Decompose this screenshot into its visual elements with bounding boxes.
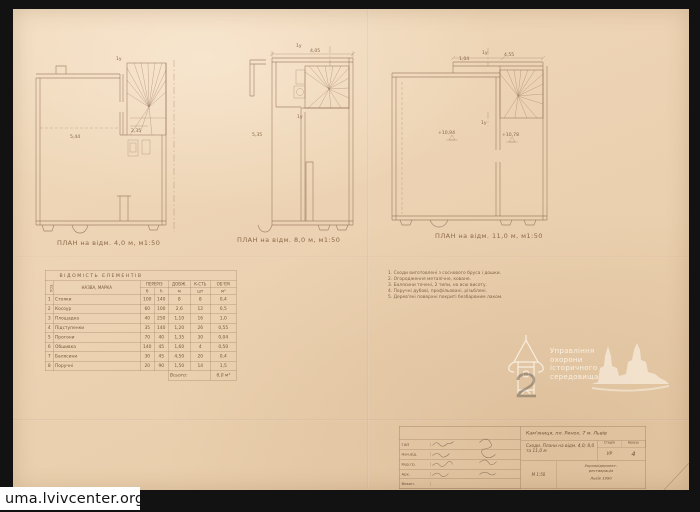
org-line: реставрація	[557, 468, 646, 473]
cell-vol: 0,4	[210, 295, 236, 305]
subcol-h: h	[154, 288, 168, 295]
cell-b: 140	[140, 342, 154, 352]
cell-vol: 1,0	[210, 314, 236, 324]
col-header-qty: К-СТЬ	[190, 281, 210, 288]
table-row: 2 Косоур 60 100 2,6 12 0,5	[45, 304, 236, 314]
cell-pos: 1	[45, 295, 53, 305]
role-row: Кер.гр.	[400, 460, 521, 470]
subcol-b: б	[140, 288, 154, 295]
cell-vol: 0,04	[210, 333, 236, 343]
cell-name: Балясини	[53, 352, 140, 362]
plan1-caption: ПЛАН на відм. 4,0 м, м1:50	[57, 239, 160, 247]
title-block-info-area: Кам'яниця, пл. Ринок, 7 м. Львів Сходи. …	[521, 427, 646, 489]
table-row: 8 Поручні 20 90 1,50 14 1,5	[45, 361, 236, 371]
subcol-sht: шт	[190, 288, 210, 295]
cell-len: 1,60	[168, 342, 190, 352]
notes-list: 1. Сходи виготовлені з соснового бруса і…	[388, 270, 578, 300]
cell-vol: 0,55	[210, 323, 236, 333]
object-name-line: Кам'яниця, пл. Ринок, 7 м. Львів	[521, 427, 646, 441]
note-line: 5. Дерев'яні поверхні покриті безбарвним…	[388, 294, 578, 300]
cell-pos: 5	[45, 333, 53, 343]
title-block: ГАП Нач.від. Кер.гр.	[399, 426, 645, 488]
total-value: 6,0 м³	[210, 371, 236, 381]
role-label: Кер.гр.	[400, 462, 432, 467]
schedule-table: ВІДОМІСТЬ ЕЛЕМЕНТІВ ПОЗ. НАЗВА, МАРКА ПЕ…	[45, 270, 237, 381]
cell-qty: 12	[190, 304, 210, 314]
cell-h: 45	[154, 342, 168, 352]
plan2-caption: ПЛАН на відм. 8,0 м, м1:50	[237, 236, 340, 244]
subcol-m3: м³	[210, 288, 236, 295]
scanned-archive-page: 1у 5,44 2,35 1у 4,05 1у 5,35 1у 1,04 4,5…	[0, 0, 700, 512]
sheet-label: Аркуш	[622, 441, 646, 448]
cell-b: 30	[140, 352, 154, 362]
cell-h: 45	[154, 352, 168, 362]
stamp-line: історичного	[550, 364, 599, 373]
role-label: Арх.	[400, 472, 432, 477]
stamp-line: середовища	[550, 373, 599, 382]
archive-watermark-text: uma.lvivcenter.org	[0, 491, 144, 507]
cell-name: Стояки	[53, 295, 140, 305]
cell-vol: 0,4	[210, 352, 236, 362]
cell-qty: 14	[190, 361, 210, 371]
cell-h: 250	[154, 314, 168, 324]
cell-b: 70	[140, 333, 154, 343]
cell-vol: 1,5	[210, 361, 236, 371]
cell-name: Поручні	[53, 361, 140, 371]
cell-name: Обшивка	[53, 342, 140, 352]
cell-pos: 3	[45, 314, 53, 324]
table-row: 6 Обшивка 140 45 1,60 4 0,50	[45, 342, 236, 352]
sheet-number: 4	[622, 450, 646, 458]
cell-len: 2,6	[168, 304, 190, 314]
cell-b: 100	[140, 295, 154, 305]
drawing-sheet-paper	[13, 9, 689, 490]
plan3-caption: ПЛАН на відм. 11,0 м, м1:50	[435, 232, 543, 240]
cell-pos: 7	[45, 352, 53, 362]
table-row: 4 Підступенки 35 140 1,20 26 0,55	[45, 323, 236, 333]
cell-len: 1,50	[168, 361, 190, 371]
stamp-org-name: Управління охорони історичного середовищ…	[550, 347, 599, 381]
cell-qty: 16	[190, 314, 210, 324]
stage-sheet-box: Стадія Аркуш УР 4	[597, 441, 646, 461]
cell-name: Косоур	[53, 304, 140, 314]
notes-block: 1. Сходи виготовлені з соснового бруса і…	[388, 270, 583, 310]
schedule-rows: 1 Стояки 100 140 8 8 0,4 2 Косоур 60	[45, 295, 236, 371]
stage-label: Стадія	[598, 441, 622, 448]
horizontal-fold-crease-2	[13, 256, 689, 258]
cell-b: 35	[140, 323, 154, 333]
role-label: Викон.	[400, 482, 432, 487]
cell-qty: 4	[190, 342, 210, 352]
role-row: Викон.	[400, 479, 521, 489]
cell-b: 40	[140, 314, 154, 324]
scale-value: М 1:50	[521, 461, 557, 489]
title-block-signatures-area: ГАП Нач.від. Кер.гр.	[400, 427, 522, 489]
table-row: 1 Стояки 100 140 8 8 0,4	[45, 295, 236, 305]
schedule-title: ВІДОМІСТЬ ЕЛЕМЕНТІВ	[45, 270, 236, 281]
cell-len: 1,10	[168, 314, 190, 324]
cell-pos: 2	[45, 304, 53, 314]
heritage-office-stamp: Управління охорони історичного середовищ…	[504, 334, 672, 406]
sheet-name-line: Сходи. Плани на відм. 4,0; 8,0 та 11,0 м	[521, 441, 597, 461]
role-row: ГАП	[400, 440, 521, 450]
total-label: Всього:	[168, 371, 210, 381]
cell-h: 140	[154, 323, 168, 333]
col-header-section: ПЕРЕРІЗ	[140, 281, 168, 288]
cell-qty: 26	[190, 323, 210, 333]
roles-list: ГАП Нач.від. Кер.гр.	[400, 440, 521, 489]
subcol-m: м	[168, 288, 190, 295]
col-header-pos: ПОЗ.	[45, 281, 53, 295]
vertical-fold-crease	[367, 10, 369, 489]
cell-qty: 30	[190, 333, 210, 343]
cell-len: 8	[168, 295, 190, 305]
stamp-line: Управління	[550, 347, 599, 356]
table-row: 5 Прогони 70 40 1,35 30 0,04	[45, 333, 236, 343]
col-header-volume: ОБ'ЄМ	[210, 281, 236, 288]
cell-pos: 4	[45, 323, 53, 333]
city-year: Львів 1990	[557, 476, 646, 481]
role-row: Арх.	[400, 469, 521, 479]
cell-pos: 8	[45, 361, 53, 371]
cell-len: 1,20	[168, 323, 190, 333]
lviv-skyline-silhouette	[592, 343, 669, 391]
cell-len: 1,35	[168, 333, 190, 343]
stamp-line: охорони	[550, 356, 599, 365]
role-label: ГАП	[400, 442, 432, 447]
cell-name: Площадка	[53, 314, 140, 324]
cell-b: 20	[140, 361, 154, 371]
cell-len: 4,50	[168, 352, 190, 362]
col-header-name: НАЗВА, МАРКА	[53, 281, 140, 295]
cell-vol: 0,50	[210, 342, 236, 352]
cell-pos: 6	[45, 342, 53, 352]
cell-vol: 0,5	[210, 304, 236, 314]
cell-b: 60	[140, 304, 154, 314]
cell-qty: 8	[190, 295, 210, 305]
cell-h: 100	[154, 304, 168, 314]
cell-h: 40	[154, 333, 168, 343]
cell-qty: 20	[190, 352, 210, 362]
cell-h: 90	[154, 361, 168, 371]
cell-name: Підступенки	[53, 323, 140, 333]
cell-h: 140	[154, 295, 168, 305]
organization-name: Укрзахідпроект- реставрація Львів 1990	[557, 461, 646, 489]
horizontal-fold-crease	[13, 419, 689, 421]
cell-name: Прогони	[53, 333, 140, 343]
elements-schedule: ВІДОМІСТЬ ЕЛЕМЕНТІВ ПОЗ. НАЗВА, МАРКА ПЕ…	[45, 270, 245, 395]
table-row: 7 Балясини 30 45 4,50 20 0,4	[45, 352, 236, 362]
table-row: 3 Площадка 40 250 1,10 16 1,0	[45, 314, 236, 324]
col-header-length: ДОВЖ.	[168, 281, 190, 288]
archive-watermark-box: uma.lvivcenter.org	[0, 487, 140, 510]
role-row: Нач.від.	[400, 450, 521, 460]
city-hall-tower-icon	[509, 335, 544, 394]
role-label: Нач.від.	[400, 452, 432, 457]
stage-value: УР	[598, 452, 622, 457]
